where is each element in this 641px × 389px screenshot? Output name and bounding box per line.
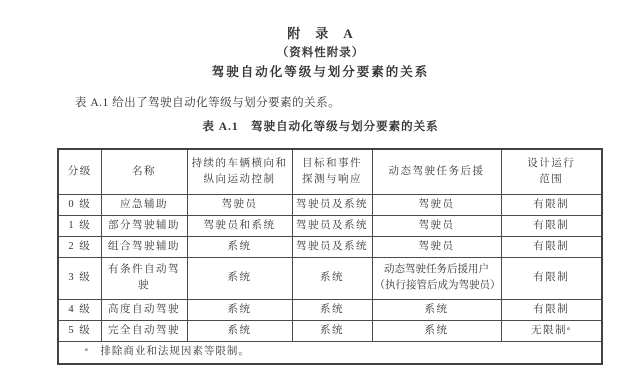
cell-motion: 系统 xyxy=(187,320,292,341)
cell-oedr: 系统 xyxy=(292,299,372,320)
cell-motion: 驾驶员 xyxy=(187,194,292,215)
cell-fallback: 动态驾驶任务后援用户 （执行接管后成为驾驶员） xyxy=(372,257,501,299)
automation-levels-table: 分级 名称 持续的车辆横向和 纵向运动控制 目标和事件 探测与响应 动态驾驶任务… xyxy=(57,148,603,365)
cell-oedr: 驾驶员及系统 xyxy=(292,194,372,215)
cell-name: 完全自动驾驶 xyxy=(101,320,187,341)
table-footnote: ᵃ 排除商业和法规因素等限制。 xyxy=(58,341,602,364)
cell-odd: 有限制 xyxy=(501,215,602,236)
appendix-type: （资料性附录） xyxy=(0,44,641,60)
table-row-level-5: 5 级 完全自动驾驶 系统 系统 系统 无限制ᵃ xyxy=(58,320,602,341)
cell-name: 部分驾驶辅助 xyxy=(101,215,187,236)
table-row-level-1: 1 级 部分驾驶辅助 驾驶员和系统 驾驶员及系统 驾驶员 有限制 xyxy=(58,215,602,236)
cell-odd: 无限制ᵃ xyxy=(501,320,602,341)
cell-level: 3 级 xyxy=(58,257,101,299)
table-row-level-0: 0 级 应急辅助 驾驶员 驾驶员及系统 驾驶员 有限制 xyxy=(58,194,602,215)
cell-fallback: 驾驶员 xyxy=(372,236,501,257)
cell-fallback: 驾驶员 xyxy=(372,215,501,236)
document-page: 附 录 A （资料性附录） 驾驶自动化等级与划分要素的关系 表 A.1 给出了驾… xyxy=(0,0,641,389)
cell-odd: 有限制 xyxy=(501,194,602,215)
cell-level: 2 级 xyxy=(58,236,101,257)
appendix-label: 附 录 A xyxy=(0,23,641,42)
cell-fallback: 驾驶员 xyxy=(372,194,501,215)
cell-oedr: 驾驶员及系统 xyxy=(292,236,372,257)
cell-odd: 有限制 xyxy=(501,236,602,257)
table-caption: 表 A.1 驾驶自动化等级与划分要素的关系 xyxy=(0,118,641,134)
cell-motion: 驾驶员和系统 xyxy=(187,215,292,236)
cell-name: 应急辅助 xyxy=(101,194,187,215)
cell-motion: 系统 xyxy=(187,299,292,320)
table-row-level-4: 4 级 高度自动驾驶 系统 系统 系统 有限制 xyxy=(58,299,602,320)
table-footnote-row: ᵃ 排除商业和法规因素等限制。 xyxy=(58,341,602,364)
column-header-motion: 持续的车辆横向和 纵向运动控制 xyxy=(187,149,292,194)
cell-level: 5 级 xyxy=(58,320,101,341)
cell-oedr: 系统 xyxy=(292,320,372,341)
cell-odd: 有限制 xyxy=(501,257,602,299)
cell-motion: 系统 xyxy=(187,236,292,257)
column-header-fallback: 动态驾驶任务后援 xyxy=(372,149,501,194)
table-row-level-2: 2 级 组合驾驶辅助 系统 驾驶员及系统 驾驶员 有限制 xyxy=(58,236,602,257)
cell-fallback: 系统 xyxy=(372,320,501,341)
appendix-title: 驾驶自动化等级与划分要素的关系 xyxy=(0,62,641,80)
cell-name: 有条件自动驾驶 xyxy=(101,257,187,299)
column-header-name: 名称 xyxy=(101,149,187,194)
cell-odd: 有限制 xyxy=(501,299,602,320)
cell-level: 4 级 xyxy=(58,299,101,320)
cell-motion: 系统 xyxy=(187,257,292,299)
cell-level: 1 级 xyxy=(58,215,101,236)
column-header-level: 分级 xyxy=(58,149,101,194)
header-row: 分级 名称 持续的车辆横向和 纵向运动控制 目标和事件 探测与响应 动态驾驶任务… xyxy=(58,149,602,194)
cell-name: 高度自动驾驶 xyxy=(101,299,187,320)
column-header-oedr: 目标和事件 探测与响应 xyxy=(292,149,372,194)
intro-paragraph: 表 A.1 给出了驾驶自动化等级与划分要素的关系。 xyxy=(75,94,340,110)
cell-level: 0 级 xyxy=(58,194,101,215)
cell-oedr: 系统 xyxy=(292,257,372,299)
column-header-odd: 设计运行 范围 xyxy=(501,149,602,194)
cell-fallback: 系统 xyxy=(372,299,501,320)
cell-name: 组合驾驶辅助 xyxy=(101,236,187,257)
cell-oedr: 驾驶员及系统 xyxy=(292,215,372,236)
table-row-level-3: 3 级 有条件自动驾驶 系统 系统 动态驾驶任务后援用户 （执行接管后成为驾驶员… xyxy=(58,257,602,299)
